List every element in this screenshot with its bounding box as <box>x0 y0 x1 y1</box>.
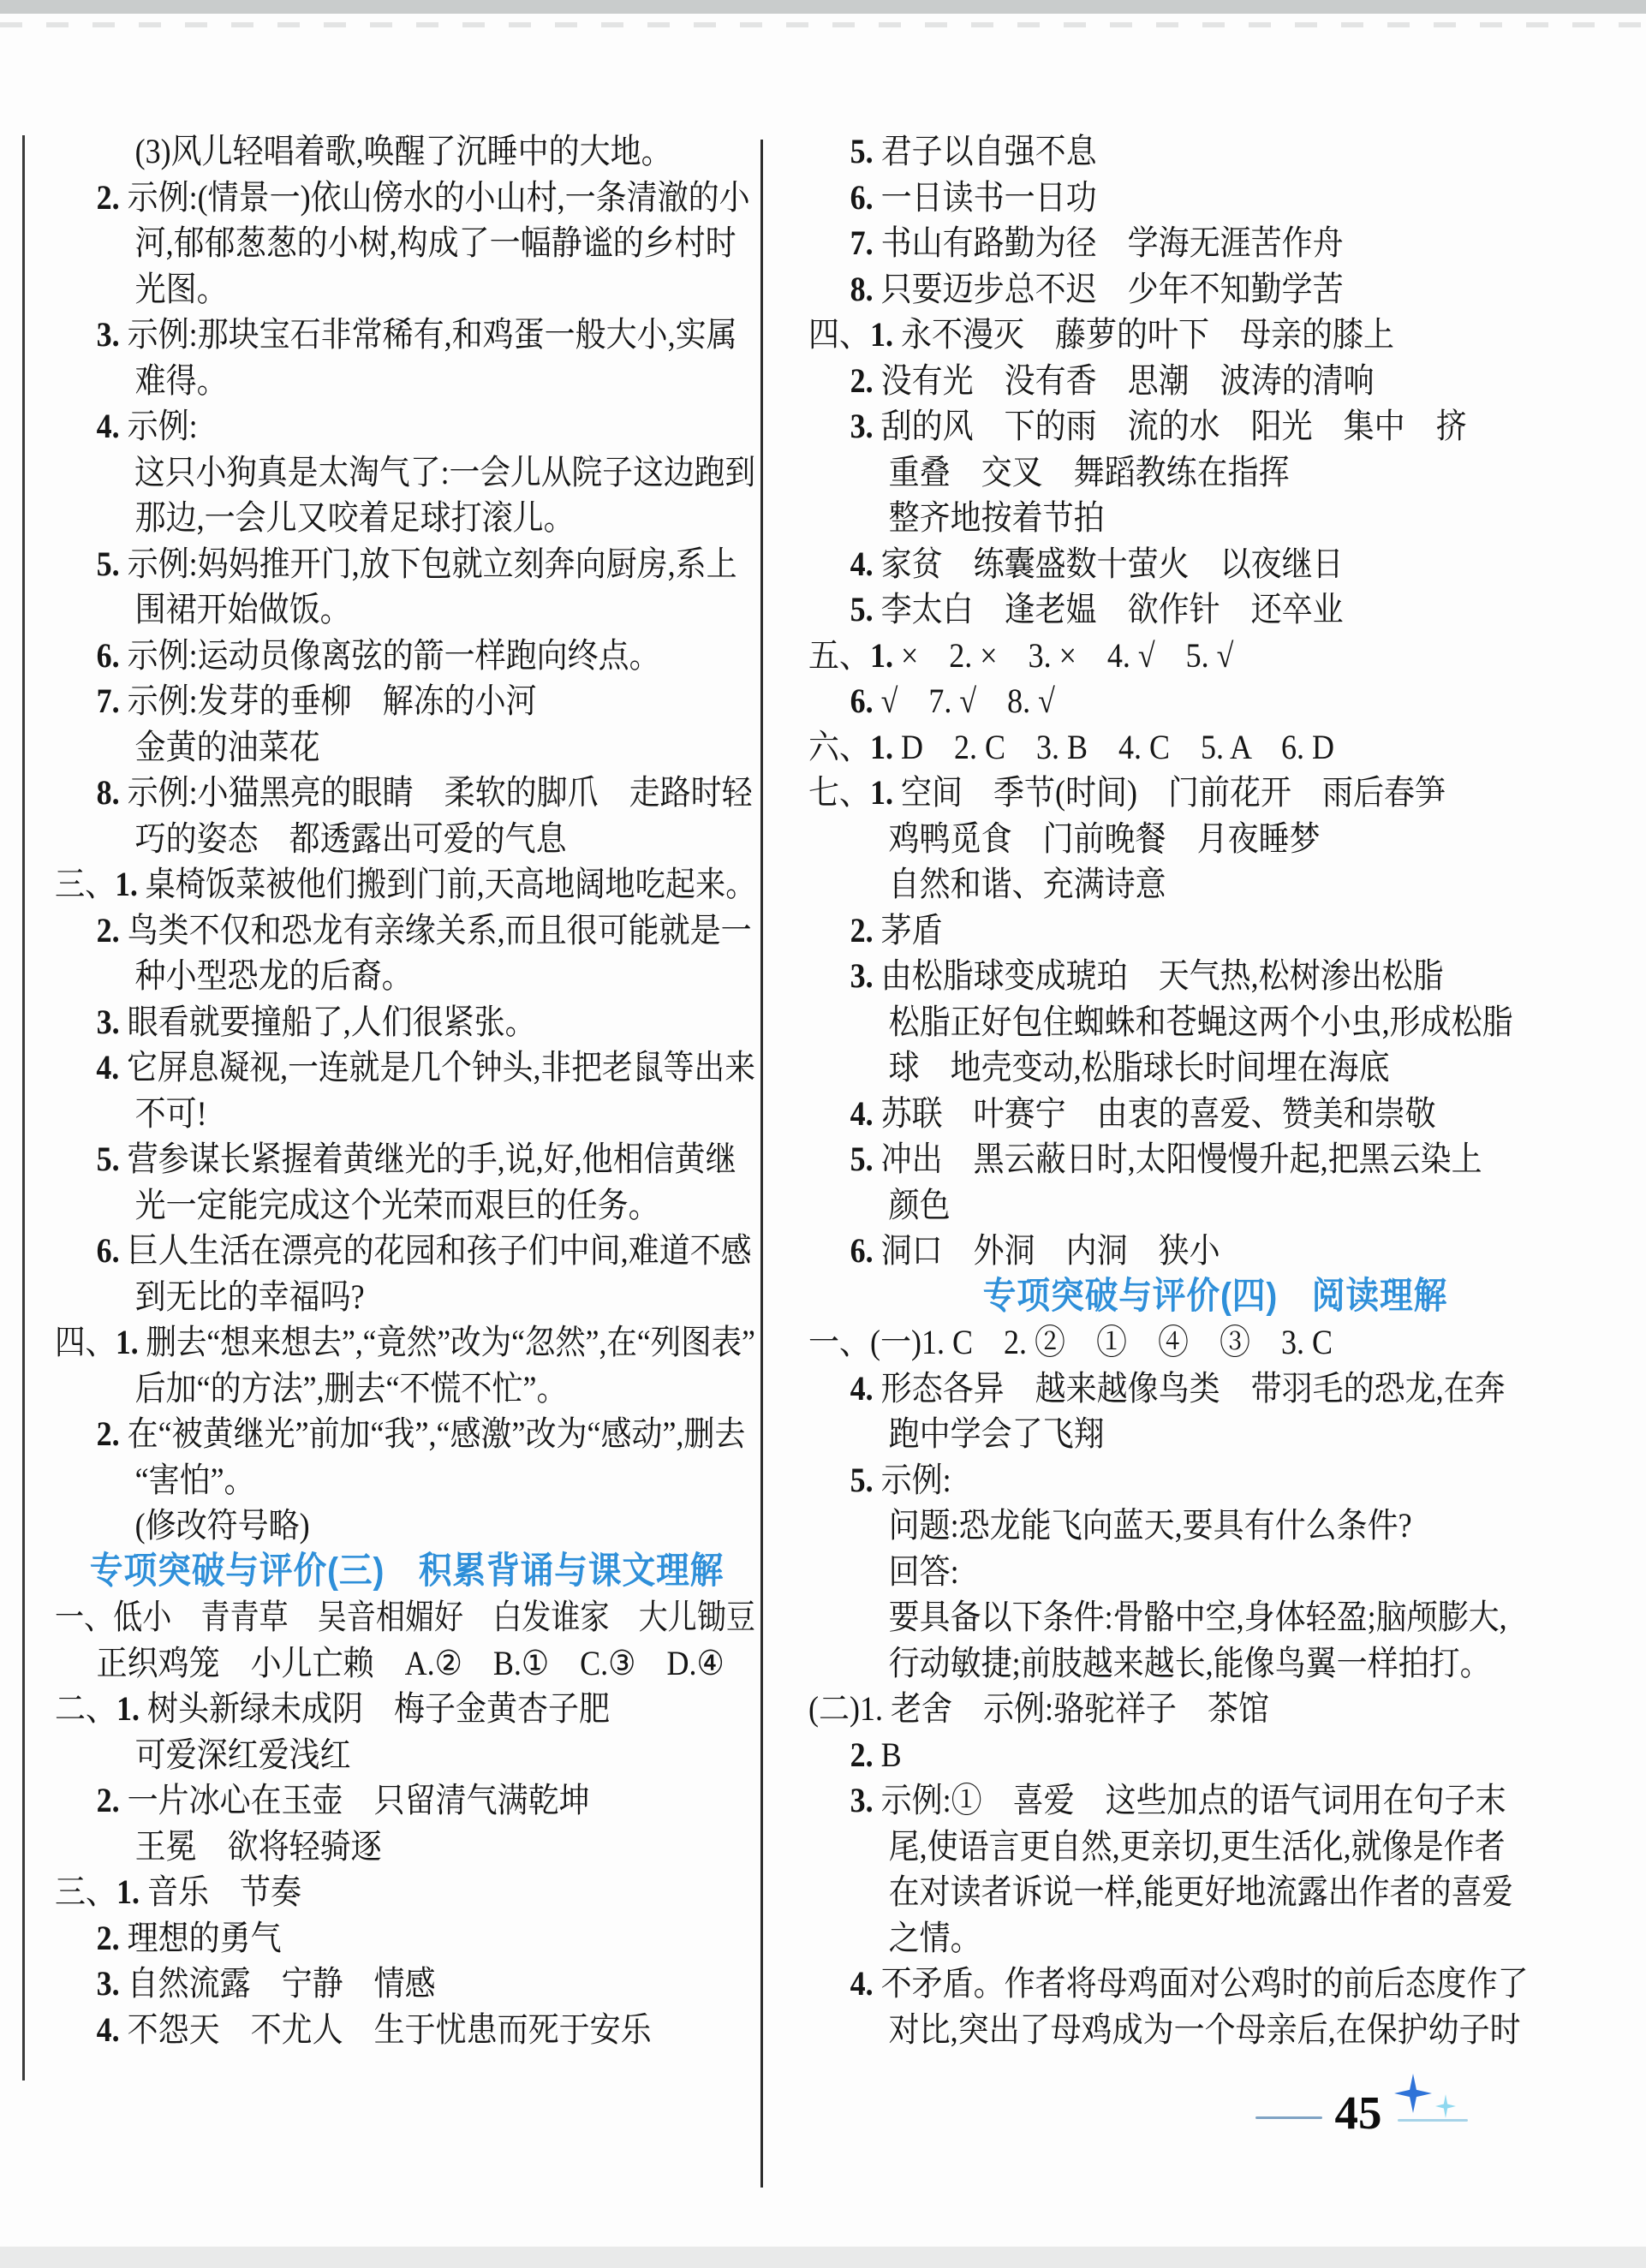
item-number: 3. <box>97 1964 128 2003</box>
answer-text: 自然流露 宁静 情感 <box>128 1964 436 2003</box>
answer-line: 不可! <box>55 1091 685 1137</box>
answer-text: (一)1. C 2. ② ① ④ ③ 3. C <box>870 1323 1333 1361</box>
answer-text: 要具备以下条件:骨骼中空,身体轻盈;脑颅膨大, <box>889 1598 1507 1636</box>
answer-line: 这只小狗真是太淘气了:一会儿从院子这边跑到 <box>55 449 681 496</box>
answer-text: B <box>881 1735 902 1774</box>
item-number: 5. <box>850 590 881 628</box>
item-number: 4. <box>850 1369 881 1408</box>
answer-text: 家贫 练囊盛数十萤火 以夜继日 <box>881 545 1344 583</box>
item-number: 2. <box>97 1414 128 1453</box>
item-number: 5. <box>850 1461 881 1499</box>
answer-text: 那边,一会儿又咬着足球打滚儿。 <box>135 498 575 537</box>
answer-line: 二、1. 树头新绿未成阴 梅子金黄杏子肥 <box>55 1686 685 1732</box>
item-number: 7. <box>850 223 881 262</box>
answer-line: 光一定能完成这个光荣而艰巨的任务。 <box>55 1182 685 1229</box>
answer-line: (3)风儿轻唱着歌,唤醒了沉睡中的大地。 <box>55 128 685 175</box>
answer-text: 书山有路勤为径 学海无涯苦作舟 <box>881 223 1344 262</box>
section-marker: 五、 <box>808 636 870 675</box>
answer-text: 之情。 <box>889 1919 981 1957</box>
section-marker: 六、 <box>808 728 870 766</box>
answer-line: 难得。 <box>55 358 685 404</box>
item-number: 3. <box>97 1003 128 1041</box>
answer-line: 7. 书山有路勤为径 学海无涯苦作舟 <box>808 220 1541 266</box>
answer-text: 巧的姿态 都透露出可爱的气息 <box>135 819 567 858</box>
item-number: 3. <box>850 407 881 445</box>
answer-text: 种小型恐龙的后裔。 <box>135 956 413 995</box>
section-marker: 一、 <box>808 1323 870 1361</box>
item-number: 4. <box>97 2010 128 2049</box>
answer-line: 6. 巨人生活在漂亮的花园和孩子们中间,难道不感 <box>55 1228 685 1274</box>
footer-right-line <box>1398 2119 1468 2122</box>
answer-text: 正织鸡笼 小儿亡赖 A.② B.① C.③ D.④ <box>97 1644 725 1682</box>
item-number: 1. <box>116 1689 147 1728</box>
answer-text: 形态各异 越来越像鸟类 带羽毛的恐龙,在奔 <box>881 1369 1506 1408</box>
item-number: 2. <box>850 361 881 400</box>
page-top-dotted-edge <box>0 22 1646 27</box>
answer-line: 巧的姿态 都透露出可爱的气息 <box>55 816 685 862</box>
answer-text: 示例:(情景一)依山傍水的小山村,一条清澈的小 <box>128 178 750 217</box>
answer-text: 示例: <box>881 1461 951 1499</box>
item-number: 6. <box>850 1231 881 1270</box>
answer-text: 树头新绿未成阴 梅子金黄杏子肥 <box>147 1689 610 1728</box>
answer-line: 光图。 <box>55 266 685 313</box>
answer-text: 回答: <box>889 1552 959 1591</box>
answer-text: (3)风儿轻唱着歌,唤醒了沉睡中的大地。 <box>135 132 672 170</box>
answer-line: 三、1. 音乐 节奏 <box>55 1869 685 1915</box>
answer-line: 3. 示例:① 喜爱 这些加点的语气词用在句子末 <box>808 1777 1541 1824</box>
answer-text: 没有光 没有香 思潮 波涛的清响 <box>881 361 1375 400</box>
answer-text: 示例:妈妈推开门,放下包就立刻奔向厨房,系上 <box>128 545 737 583</box>
section-marker: 三、 <box>55 1872 116 1911</box>
answer-line: 2. 没有光 没有香 思潮 波涛的清响 <box>808 358 1541 404</box>
answer-text: 空间 季节(时间) 门前花开 雨后春笋 <box>901 773 1446 812</box>
answer-column-right: 5. 君子以自强不息6. 一日读书一日功7. 书山有路勤为径 学海无涯苦作舟8.… <box>808 128 1622 2052</box>
answer-line: 一、低小 青青草 吴音相媚好 白发谁家 大儿锄豆 <box>55 1594 652 1640</box>
item-number: 6. <box>850 682 881 720</box>
section-heading: 专项突破与评价(三) 积累背诵与课文理解 <box>90 1549 720 1595</box>
item-number: 4. <box>850 1094 881 1133</box>
answer-text: 示例:那块宝石非常稀有,和鸡蛋一般大小,实属 <box>128 315 737 354</box>
answer-line: 4. 不怨天 不尤人 生于忧患而死于安乐 <box>55 2007 685 2053</box>
section-marker: 七、 <box>808 773 870 812</box>
answer-line: 5. 营参谋长紧握着黄继光的手,说,好,他相信黄继 <box>55 1136 685 1182</box>
answer-line: 3. 自然流露 宁静 情感 <box>55 1961 685 2007</box>
sparkle-small-icon <box>1435 2094 1456 2118</box>
answer-line: 5. 李太白 逢老媪 欲作针 还卒业 <box>808 586 1541 633</box>
section-marker: 一、 <box>55 1598 113 1636</box>
item-number: 5. <box>850 1140 881 1178</box>
answer-text: 不可! <box>135 1094 207 1133</box>
answer-text: 一日读书一日功 <box>881 178 1097 217</box>
answer-line: 正织鸡笼 小儿亡赖 A.② B.① C.③ D.④ <box>55 1640 685 1687</box>
answer-line: 鸡鸭觅食 门前晚餐 月夜睡梦 <box>808 816 1541 862</box>
answer-line: 要具备以下条件:骨骼中空,身体轻盈;脑颅膨大, <box>808 1594 1541 1640</box>
answer-line: 2. 示例:(情景一)依山傍水的小山村,一条清澈的小 <box>55 175 685 221</box>
answer-text: 示例:运动员像离弦的箭一样跑向终点。 <box>128 636 660 675</box>
answer-line: 松脂正好包住蜘蛛和苍蝇这两个小虫,形成松脂 <box>808 999 1541 1045</box>
answer-line: 3. 由松脂球变成琥珀 天气热,松树渗出松脂 <box>808 953 1541 999</box>
answer-text: 尾,使语言更自然,更亲切,更生活化,就像是作者 <box>889 1827 1506 1866</box>
item-number: 6. <box>97 1231 128 1270</box>
answer-line: 五、1. × 2. × 3. × 4. √ 5. √ <box>808 633 1541 679</box>
answer-line: 之情。 <box>808 1915 1541 1961</box>
answer-text: 眼看就要撞船了,人们很紧张。 <box>128 1003 536 1041</box>
answer-text: 巨人生活在漂亮的花园和孩子们中间,难道不感 <box>128 1231 752 1270</box>
answer-text: 自然和谐、充满诗意 <box>889 865 1166 903</box>
answer-text: 到无比的幸福吗? <box>135 1277 365 1316</box>
item-number: 2. <box>97 1781 128 1819</box>
item-number: 5. <box>97 545 128 583</box>
answer-text: 对比,突出了母鸡成为一个母亲后,在保护幼子时 <box>889 2010 1521 2049</box>
item-number: 1. <box>870 773 901 812</box>
page-bottom-scan-band <box>0 2247 1646 2268</box>
item-number: 1. <box>116 1872 147 1911</box>
answer-text: × 2. × 3. × 4. √ 5. √ <box>901 636 1233 675</box>
answer-line: 王冕 欲将轻骑逐 <box>55 1824 685 1870</box>
item-number: 1. <box>115 865 145 903</box>
answer-line: 5. 示例: <box>808 1457 1541 1503</box>
answer-text: 只要迈步总不迟 少年不知勤学苦 <box>881 270 1344 308</box>
answer-text: 鸡鸭觅食 门前晚餐 月夜睡梦 <box>889 819 1321 858</box>
answer-line: 6. 示例:运动员像离弦的箭一样跑向终点。 <box>55 633 685 679</box>
item-number: 6. <box>850 178 881 217</box>
answer-text: 跑中学会了飞翔 <box>889 1414 1105 1453</box>
answer-text: 难得。 <box>135 361 228 400</box>
item-number: 1. <box>116 1323 146 1361</box>
answer-column-left: (3)风儿轻唱着歌,唤醒了沉睡中的大地。2. 示例:(情景一)依山傍水的小山村,… <box>55 128 755 2052</box>
answer-text: 后加“的方法”,删去“不慌不忙”。 <box>135 1369 568 1408</box>
answer-text: (修改符号略) <box>135 1506 310 1545</box>
answer-line: 2. 鸟类不仅和恐龙有亲缘关系,而且很可能就是一 <box>55 908 685 954</box>
answer-line: 4. 不矛盾。作者将母鸡面对公鸡时的前后态度作了 <box>808 1961 1541 2007</box>
column-divider-rule <box>760 140 763 2188</box>
item-number: 4. <box>850 545 881 583</box>
answer-text: 删去“想来想去”,“竟然”改为“忽然”,在“列图表” <box>146 1323 754 1361</box>
answer-line: 5. 冲出 黑云蔽日时,太阳慢慢升起,把黑云染上 <box>808 1136 1541 1182</box>
item-number: 4. <box>97 407 128 445</box>
left-margin-rule <box>22 135 25 2080</box>
item-number: 8. <box>850 270 881 308</box>
answer-line: 2. B <box>808 1732 1541 1778</box>
section-marker: 四、 <box>55 1323 116 1361</box>
answer-text: “害怕”。 <box>135 1461 255 1499</box>
item-number: 3. <box>850 1781 881 1819</box>
item-number: 2. <box>850 1735 881 1774</box>
item-number: 6. <box>97 636 128 675</box>
answer-line: 2. 茅盾 <box>808 908 1541 954</box>
answer-line: 3. 示例:那块宝石非常稀有,和鸡蛋一般大小,实属 <box>55 312 685 358</box>
answer-line: 后加“的方法”,删去“不慌不忙”。 <box>55 1366 685 1412</box>
answer-text: 永不漫灭 藤萝的叶下 母亲的膝上 <box>901 315 1394 354</box>
answer-text: 音乐 节奏 <box>147 1872 301 1911</box>
answer-line: 在对读者诉说一样,能更好地流露出作者的喜爱 <box>808 1869 1541 1915</box>
answer-text: 由松脂球变成琥珀 天气热,松树渗出松脂 <box>881 956 1444 995</box>
answer-text: 低小 青青草 吴音相媚好 白发谁家 大儿锄豆 <box>113 1598 755 1636</box>
answer-line: 围裙开始做饭。 <box>55 586 685 633</box>
answer-text: 在对读者诉说一样,能更好地流露出作者的喜爱 <box>889 1872 1513 1911</box>
answer-text: 它屏息凝视,一连就是几个钟头,非把老鼠等出来 <box>127 1048 755 1086</box>
answer-text: 颜色 <box>889 1186 951 1224</box>
answer-text: √ 7. √ 8. √ <box>881 682 1055 720</box>
answer-line: 5. 君子以自强不息 <box>808 128 1541 175</box>
answer-line: 2. 一片冰心在玉壶 只留清气满乾坤 <box>55 1777 685 1824</box>
answer-text: 王冕 欲将轻骑逐 <box>135 1827 382 1866</box>
answer-line: 2. 在“被黄继光”前加“我”,“感激”改为“感动”,删去 <box>55 1411 685 1457</box>
answer-text: 在“被黄继光”前加“我”,“感激”改为“感动”,删去 <box>128 1414 746 1453</box>
answer-text: 茅盾 <box>881 911 943 949</box>
answer-text: 整齐地按着节拍 <box>889 498 1105 537</box>
answer-line: 6. 洞口 外洞 内洞 狭小 <box>808 1228 1541 1274</box>
answer-line: 种小型恐龙的后裔。 <box>55 953 685 999</box>
item-number: 4. <box>850 1964 881 2003</box>
section-marker: 四、 <box>808 315 870 354</box>
answer-text: 苏联 叶赛宁 由衷的喜爱、赞美和崇敬 <box>881 1094 1436 1133</box>
answer-text: 行动敏捷;前肢越来越长,能像鸟翼一样拍打。 <box>889 1644 1491 1682</box>
answer-text: 刮的风 下的雨 流的水 阳光 集中 挤 <box>881 407 1467 445</box>
answer-text: 洞口 外洞 内洞 狭小 <box>881 1231 1220 1270</box>
answer-line: 8. 示例:小猫黑亮的眼睛 柔软的脚爪 走路时轻 <box>55 770 685 816</box>
answer-text: 冲出 黑云蔽日时,太阳慢慢升起,把黑云染上 <box>881 1140 1482 1178</box>
answer-line: 6. √ 7. √ 8. √ <box>808 678 1541 724</box>
answer-line: 七、1. 空间 季节(时间) 门前花开 雨后春笋 <box>808 770 1541 816</box>
answer-line: 到无比的幸福吗? <box>55 1274 685 1320</box>
section-marker: 二、 <box>55 1689 116 1728</box>
item-number: 1. <box>870 315 901 354</box>
answer-line: 金黄的油菜花 <box>55 724 685 771</box>
item-number: 2. <box>850 911 881 949</box>
answer-text: 一片冰心在玉壶 只留清气满乾坤 <box>128 1781 590 1819</box>
answer-line: 对比,突出了母鸡成为一个母亲后,在保护幼子时 <box>808 2007 1541 2053</box>
answer-text: 示例:小猫黑亮的眼睛 柔软的脚爪 走路时轻 <box>128 773 753 812</box>
answer-text: 重叠 交叉 舞蹈教练在指挥 <box>889 453 1290 491</box>
answer-line: 3. 眼看就要撞船了,人们很紧张。 <box>55 999 685 1045</box>
item-number: 2. <box>97 1919 128 1957</box>
sparkle-icon <box>1394 2074 1432 2113</box>
answer-line: 7. 示例:发芽的垂柳 解冻的小河 <box>55 678 685 724</box>
answer-text: 河,郁郁葱葱的小树,构成了一幅静谧的乡村时 <box>135 223 737 262</box>
answer-text: 金黄的油菜花 <box>135 728 320 766</box>
answer-line: 六、1. D 2. C 3. B 4. C 5. A 6. D <box>808 724 1541 771</box>
answer-line: 三、1. 桌椅饭菜被他们搬到门前,天高地阔地吃起来。 <box>55 861 671 908</box>
answer-text: 围裙开始做饭。 <box>135 590 351 628</box>
item-number: 5. <box>97 1140 128 1178</box>
item-number: 5. <box>850 132 881 170</box>
answer-text: 球 地壳变动,松脂球长时间埋在海底 <box>889 1048 1390 1086</box>
item-number: 2. <box>97 911 128 949</box>
item-number: 1. <box>870 636 901 675</box>
answer-text: 桌椅饭菜被他们搬到门前,天高地阔地吃起来。 <box>146 865 756 903</box>
answer-line: 3. 刮的风 下的雨 流的水 阳光 集中 挤 <box>808 403 1541 449</box>
answer-text: 李太白 逢老媪 欲作针 还卒业 <box>881 590 1344 628</box>
answer-line: 一、(一)1. C 2. ② ① ④ ③ 3. C <box>808 1319 1541 1366</box>
item-number: 7. <box>97 682 128 720</box>
item-number: 1. <box>870 728 901 766</box>
answer-text: 不怨天 不尤人 生于忧患而死于安乐 <box>128 2010 652 2049</box>
answer-line: 4. 示例: <box>55 403 685 449</box>
item-number: 3. <box>850 956 881 995</box>
answer-text: (二)1. 老舍 示例:骆驼祥子 茶馆 <box>808 1689 1269 1728</box>
item-number: 3. <box>97 315 128 354</box>
answer-line: 回答: <box>808 1549 1541 1595</box>
answer-line: 河,郁郁葱葱的小树,构成了一幅静谧的乡村时 <box>55 220 685 266</box>
section-marker: 三、 <box>55 865 115 903</box>
answer-text: 示例:① 喜爱 这些加点的语气词用在句子末 <box>881 1781 1506 1819</box>
answer-line: 尾,使语言更自然,更亲切,更生活化,就像是作者 <box>808 1824 1541 1870</box>
answer-text: 光图。 <box>135 270 228 308</box>
answer-line: 跑中学会了飞翔 <box>808 1411 1541 1457</box>
answer-text: 示例: <box>128 407 198 445</box>
answer-book-page: (3)风儿轻唱着歌,唤醒了沉睡中的大地。2. 示例:(情景一)依山傍水的小山村,… <box>0 0 1646 2268</box>
answer-line: 2. 理想的勇气 <box>55 1915 685 1961</box>
answer-text: 君子以自强不息 <box>881 132 1097 170</box>
answer-line: 行动敏捷;前肢越来越长,能像鸟翼一样拍打。 <box>808 1640 1541 1687</box>
section-heading: 专项突破与评价(四) 阅读理解 <box>850 1274 1582 1320</box>
page-number: 45 <box>1327 2086 1389 2140</box>
answer-text: 问题:恐龙能飞向蓝天,要具有什么条件? <box>889 1506 1412 1545</box>
answer-line: (二)1. 老舍 示例:骆驼祥子 茶馆 <box>808 1686 1541 1732</box>
answer-text: 理想的勇气 <box>128 1919 282 1957</box>
answer-text: 松脂正好包住蜘蛛和苍蝇这两个小虫,形成松脂 <box>889 1003 1513 1041</box>
answer-text: 光一定能完成这个光荣而艰巨的任务。 <box>135 1186 659 1224</box>
answer-line: 四、1. 删去“想来想去”,“竟然”改为“忽然”,在“列图表” <box>55 1319 677 1366</box>
answer-line: “害怕”。 <box>55 1457 685 1503</box>
answer-line: 四、1. 永不漫灭 藤萝的叶下 母亲的膝上 <box>808 312 1541 358</box>
answer-text: 这只小狗真是太淘气了:一会儿从院子这边跑到 <box>134 453 755 491</box>
answer-text: D 2. C 3. B 4. C 5. A 6. D <box>901 728 1334 766</box>
page-top-scan-band <box>0 0 1646 14</box>
answer-line: 整齐地按着节拍 <box>808 495 1541 541</box>
answer-line: 6. 一日读书一日功 <box>808 175 1541 221</box>
answer-line: 重叠 交叉 舞蹈教练在指挥 <box>808 449 1541 496</box>
answer-line: 球 地壳变动,松脂球长时间埋在海底 <box>808 1045 1541 1091</box>
answer-line: 那边,一会儿又咬着足球打滚儿。 <box>55 495 685 541</box>
item-number: 4. <box>96 1048 127 1086</box>
answer-text: 不矛盾。作者将母鸡面对公鸡时的前后态度作了 <box>881 1964 1529 2003</box>
answer-line: 4. 形态各异 越来越像鸟类 带羽毛的恐龙,在奔 <box>808 1366 1541 1412</box>
item-number: 2. <box>97 178 128 217</box>
answer-line: 自然和谐、充满诗意 <box>808 861 1541 908</box>
footer-left-line <box>1255 2116 1322 2119</box>
answer-line: 4. 它屏息凝视,一连就是几个钟头,非把老鼠等出来 <box>55 1045 682 1091</box>
item-number: 8. <box>97 773 128 812</box>
answer-line: 颜色 <box>808 1182 1541 1229</box>
answer-text: 营参谋长紧握着黄继光的手,说,好,他相信黄继 <box>128 1140 737 1178</box>
answer-line: 问题:恐龙能飞向蓝天,要具有什么条件? <box>808 1503 1541 1549</box>
answer-text: 鸟类不仅和恐龙有亲缘关系,而且很可能就是一 <box>128 911 752 949</box>
answer-line: 5. 示例:妈妈推开门,放下包就立刻奔向厨房,系上 <box>55 541 685 587</box>
answer-line: 8. 只要迈步总不迟 少年不知勤学苦 <box>808 266 1541 313</box>
answer-line: 4. 家贫 练囊盛数十萤火 以夜继日 <box>808 541 1541 587</box>
answer-text: 示例:发芽的垂柳 解冻的小河 <box>128 682 537 720</box>
answer-line: (修改符号略) <box>55 1503 685 1549</box>
answer-text: 可爱深红爱浅红 <box>135 1735 351 1774</box>
answer-line: 4. 苏联 叶赛宁 由衷的喜爱、赞美和崇敬 <box>808 1091 1541 1137</box>
answer-line: 可爱深红爱浅红 <box>55 1732 685 1778</box>
